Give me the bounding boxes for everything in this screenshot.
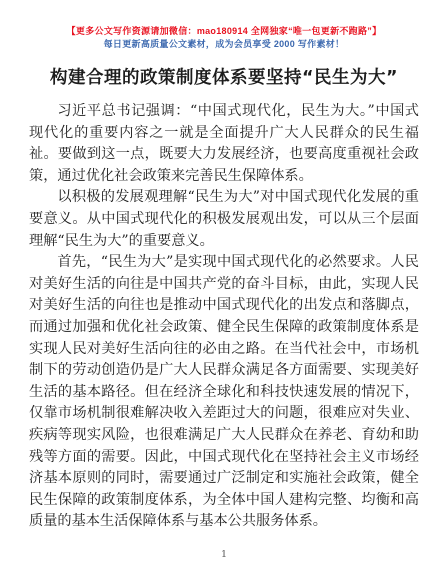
page-title: 构建合理的政策制度体系要坚持“民生为大” bbox=[22, 66, 426, 90]
body-paragraph-1: 习近平总书记强调：“中国式现代化，民生为大。”中国式现代化的重要内容之一就是全面… bbox=[29, 101, 419, 187]
body-paragraph-2: 以积极的发展观理解“民生为大”对中国式现代化发展的重要意义。从中国式现代化的积极… bbox=[29, 187, 419, 252]
ad-banner-line1: 【更多公文写作资源请加微信：mao180914 全网独家“唯一包更新不跑路”】 bbox=[0, 25, 448, 38]
ad-banner-line2: 每日更新高质量公文素材，成为会员享受 2000 写作素材！ bbox=[0, 38, 448, 51]
ad-banner: 【更多公文写作资源请加微信：mao180914 全网独家“唯一包更新不跑路”】 … bbox=[0, 0, 448, 51]
document-page: 【更多公文写作资源请加微信：mao180914 全网独家“唯一包更新不跑路”】 … bbox=[0, 0, 448, 580]
body-paragraph-3: 首先，“民生为大”是实现中国式现代化的必然要求。人民对美好生活的向往是中国共产党… bbox=[29, 252, 419, 533]
document-body: 习近平总书记强调：“中国式现代化，民生为大。”中国式现代化的重要内容之一就是全面… bbox=[29, 101, 419, 533]
page-number: 1 bbox=[0, 549, 448, 560]
